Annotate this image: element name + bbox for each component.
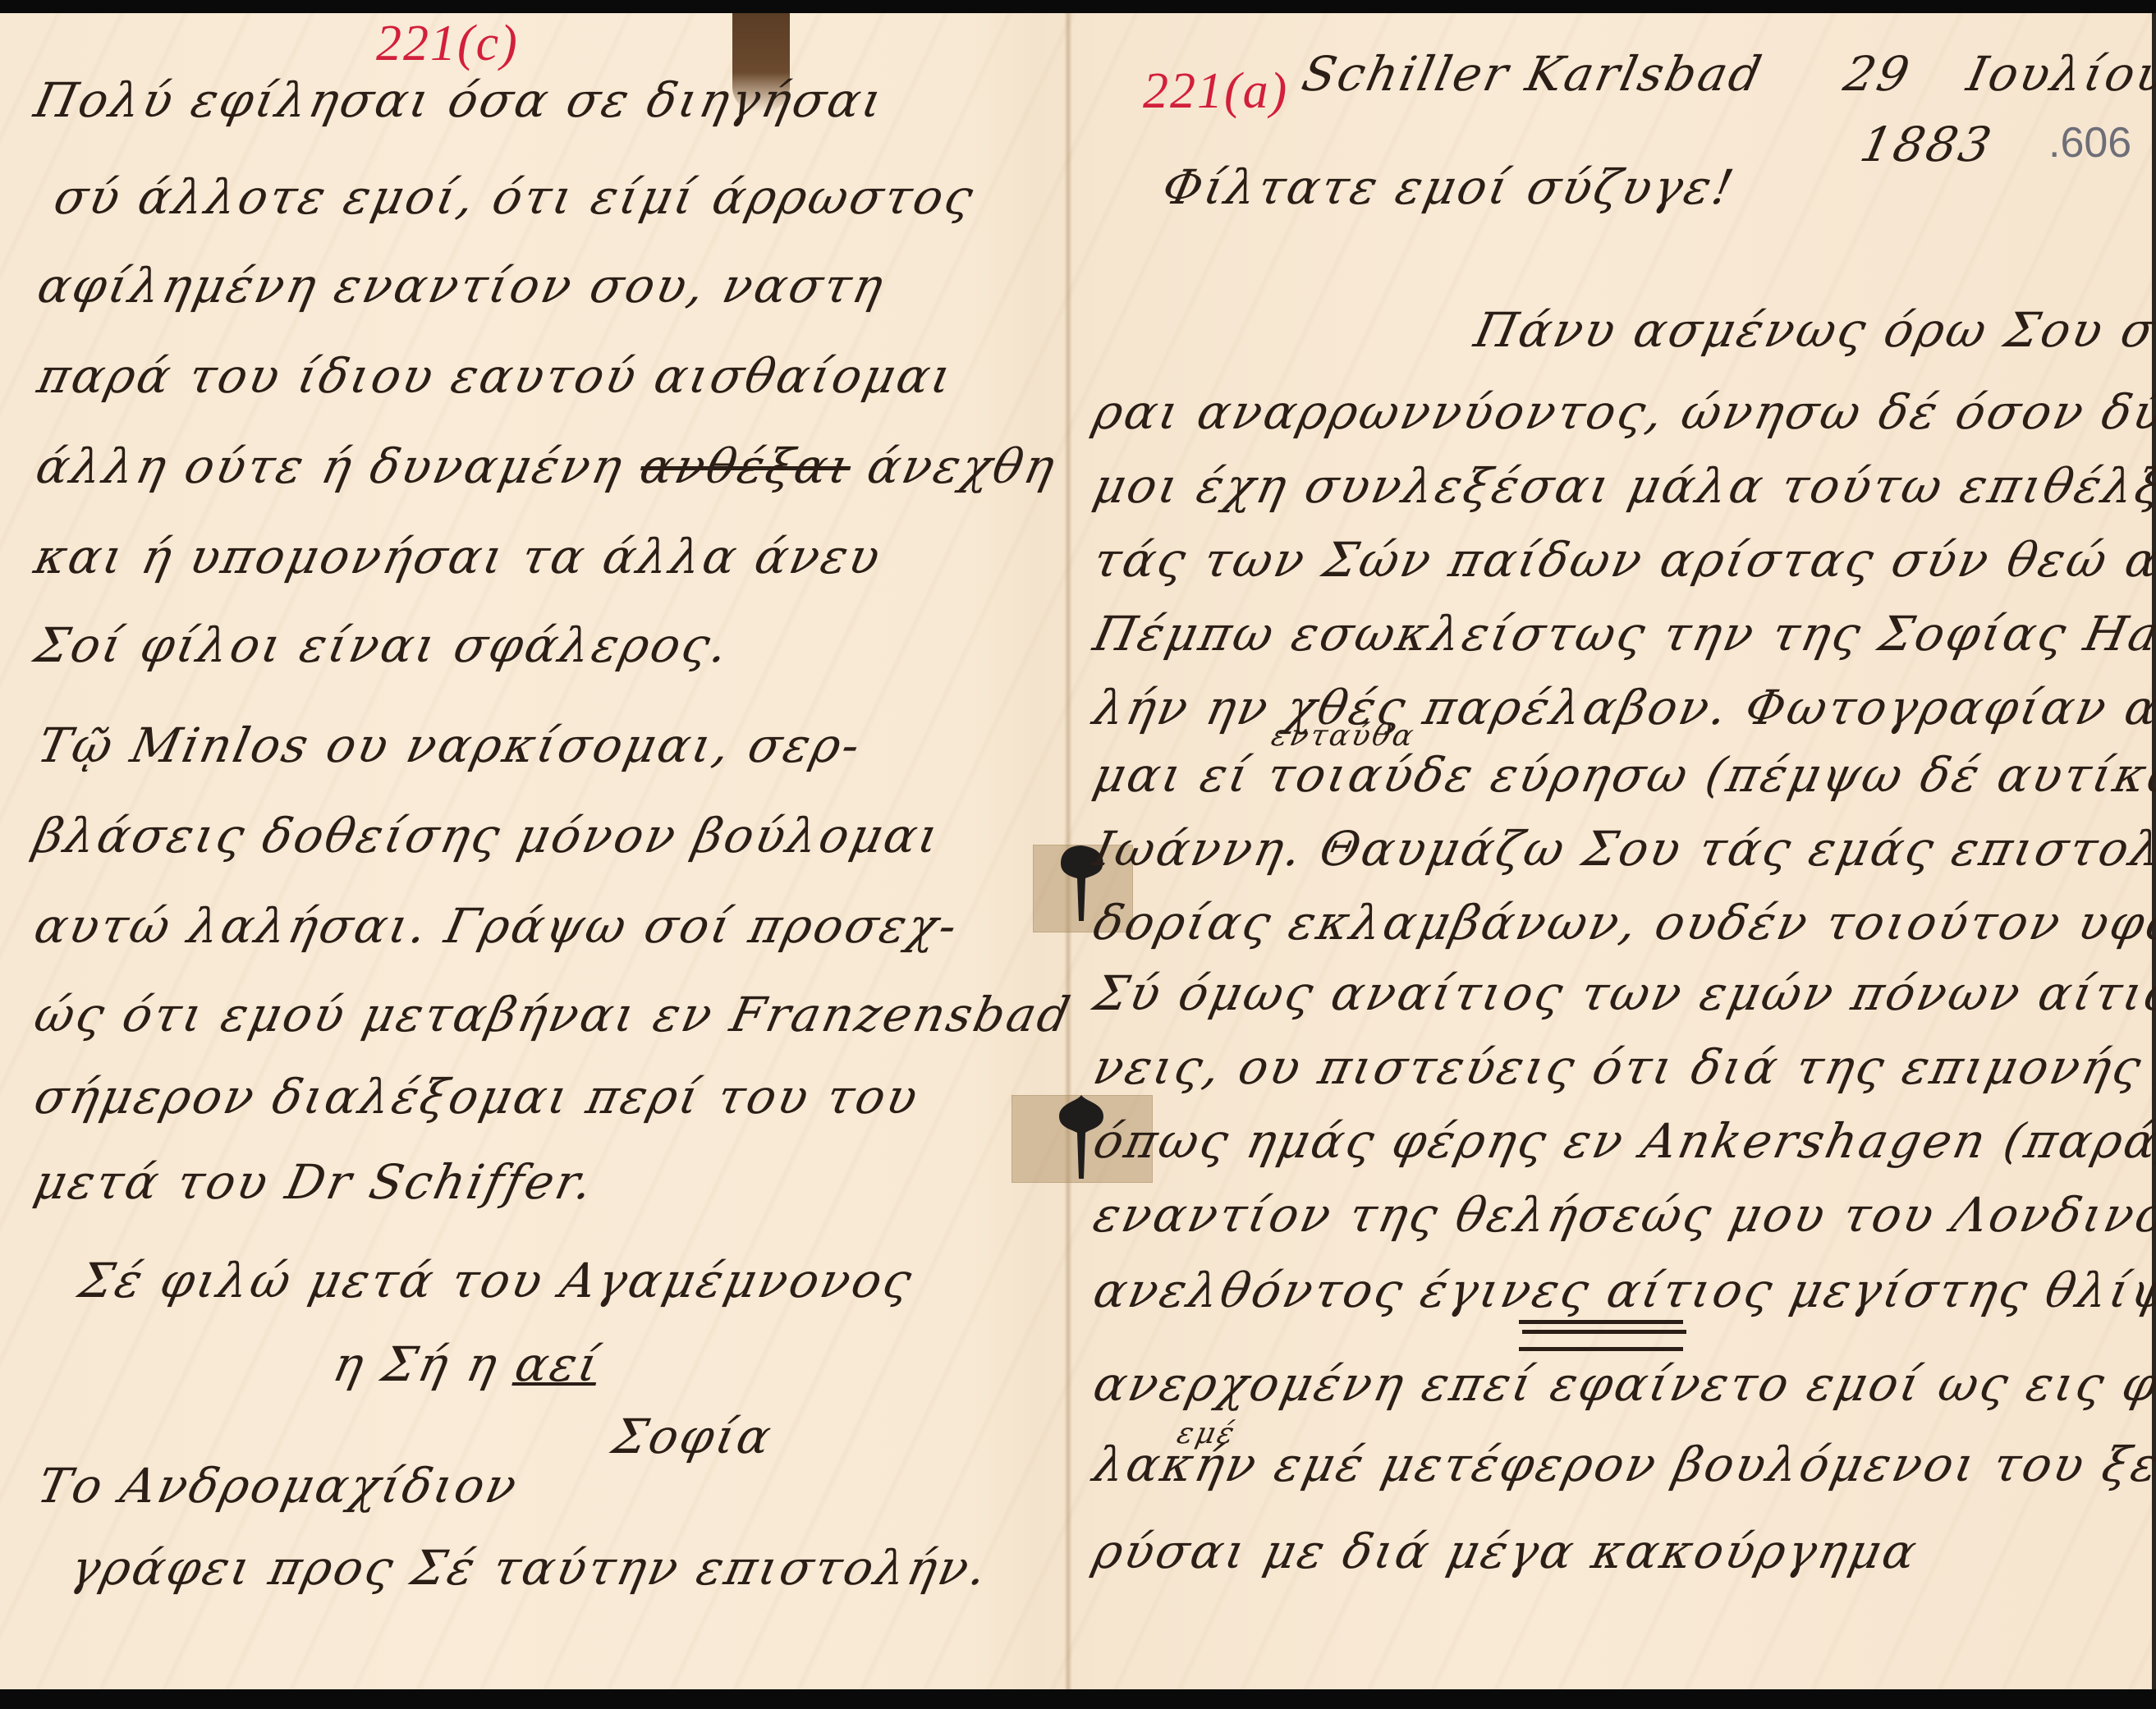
text-line: παρά του ίδιου εαυτού αισθαίομαι bbox=[33, 348, 959, 404]
text-line: Ιωάννη. Θαυμάζω Σου τάς εμάς επιστολάς ω… bbox=[1089, 821, 2156, 877]
text-line: ανελθόντος έγινες αίτιος μεγίστης θλίψεω… bbox=[1089, 1262, 2156, 1318]
text-line: ανερχομένη επεί εφαίνετο εμοί ως εις φυ- bbox=[1089, 1356, 2156, 1412]
text-line: Σύ όμως αναίτιος των εμών πόνων αίτιος τ… bbox=[1089, 965, 2156, 1021]
struck-word: ανθέξαι bbox=[635, 438, 857, 494]
text-line: μετά του Dr Schiffer. bbox=[30, 1154, 600, 1210]
pencil-number: 606 bbox=[2060, 119, 2131, 167]
text-line: λακήν εμέ μετέφερον βουλόμενοι του ξεμω- bbox=[1089, 1436, 2156, 1492]
underlined-word: αεί bbox=[511, 1336, 607, 1392]
text-line: σύ άλλοτε εμοί, ότι είμί άρρωστος bbox=[49, 169, 980, 225]
triple-underline bbox=[1519, 1320, 1683, 1351]
text-line: τάς των Σών παίδων αρίστας σύν θεώ αγγελ… bbox=[1089, 532, 2156, 588]
text-line: εναντίον της θελήσεώς μου του Λονδινόνδε bbox=[1089, 1187, 2156, 1243]
text-line: βλάσεις δοθείσης μόνον βούλομαι bbox=[30, 808, 947, 864]
archive-number: 221(a) bbox=[1143, 62, 1288, 121]
postscript-line: γράφει προς Σέ ταύτην επιστολήν. bbox=[66, 1540, 994, 1596]
text-line: μοι έχη συνλεξέσαι μάλα τούτω επιθέλξουσ… bbox=[1089, 458, 2156, 514]
text-line: Πέμπω εσωκλείστως την της Σοφίας Haupt ε… bbox=[1089, 606, 2156, 662]
right-page: 221(a) Schiller Karlsbad 29 Ιουλίου 1883… bbox=[1067, 13, 2156, 1689]
date-year: 1883 bbox=[1856, 117, 1998, 172]
text-line: αυτώ λαλήσαι. Γράψω σοί προσεχ- bbox=[30, 898, 965, 954]
text-line: Σοί φίλοι είναι σφάλερος. bbox=[30, 617, 735, 673]
pencil-folio-number: .606 bbox=[2048, 118, 2131, 167]
salutation: Φίλτατε εμοί σύζυγε! bbox=[1158, 159, 1741, 215]
text-line: Πολύ εφίλησαι όσα σε διηγήσαι bbox=[30, 72, 890, 128]
text-line: ρύσαι με διά μέγα κακούργημα bbox=[1089, 1523, 1924, 1579]
archive-number: 221(c) bbox=[376, 15, 519, 73]
text-line: Πάνυ ασμένως όρω Σου σφριγώ- bbox=[1470, 302, 2156, 358]
text-line: όπως ημάς φέρης εν Ankershagen (παρά) bbox=[1089, 1113, 2156, 1169]
text-line: ραι αναρρωννύοντος, ώνησω δέ όσον δύνατα… bbox=[1089, 384, 2156, 440]
text-line: δορίας εκλαμβάνων, ουδέν τοιούτον υφορώμ… bbox=[1089, 895, 2156, 951]
text-segment: άνεχθη bbox=[845, 438, 1062, 494]
signature: Σοφία bbox=[608, 1409, 778, 1464]
text-line: μαι εί τοιαύδε εύρησω (πέμψω δέ αυτίκα τ… bbox=[1089, 747, 2156, 803]
closing-line: η Σή η αεί bbox=[328, 1336, 606, 1392]
left-page: 221(c) Πολύ εφίλησαι όσα σε διηγήσαι σύ … bbox=[0, 13, 1067, 1689]
postscript-line: Το Ανδρομαχίδιον bbox=[33, 1458, 524, 1514]
closing-line: Σέ φιλώ μετά του Αγαμέμνονος bbox=[74, 1253, 919, 1308]
text-line: λήν ην χθές παρέλαβον. Φωτογραφίαν αναγκ… bbox=[1089, 680, 2156, 735]
text-line: άλλη ούτε ή δυναμένη ανθέξαι άνεχθη bbox=[31, 438, 1062, 494]
text-line: αφίλημένη εναντίον σου, ναστη bbox=[33, 258, 891, 314]
text-line: σήμερον διαλέξομαι περί του του bbox=[30, 1069, 924, 1125]
text-segment: η Σή η bbox=[328, 1336, 522, 1392]
place-heading: Schiller Karlsbad bbox=[1297, 46, 1768, 102]
text-line: και ή υπομονήσαι τα άλλα άνευ bbox=[30, 529, 888, 584]
date-month: Ιουλίου bbox=[1962, 46, 2156, 102]
date-day: 29 bbox=[1839, 46, 1916, 102]
letter-scan: 221(c) Πολύ εφίλησαι όσα σε διηγήσαι σύ … bbox=[0, 13, 2156, 1689]
text-line: ώς ότι εμού μεταβήναι εν Franzensbad bbox=[30, 987, 1077, 1042]
text-line: Τῷ Minlos ου ναρκίσομαι, σερ- bbox=[33, 717, 867, 773]
text-line: νεις, ου πιστεύεις ότι διά της επιμονής … bbox=[1089, 1039, 2156, 1095]
text-segment: άλλη ούτε ή δυναμένη bbox=[31, 438, 647, 494]
